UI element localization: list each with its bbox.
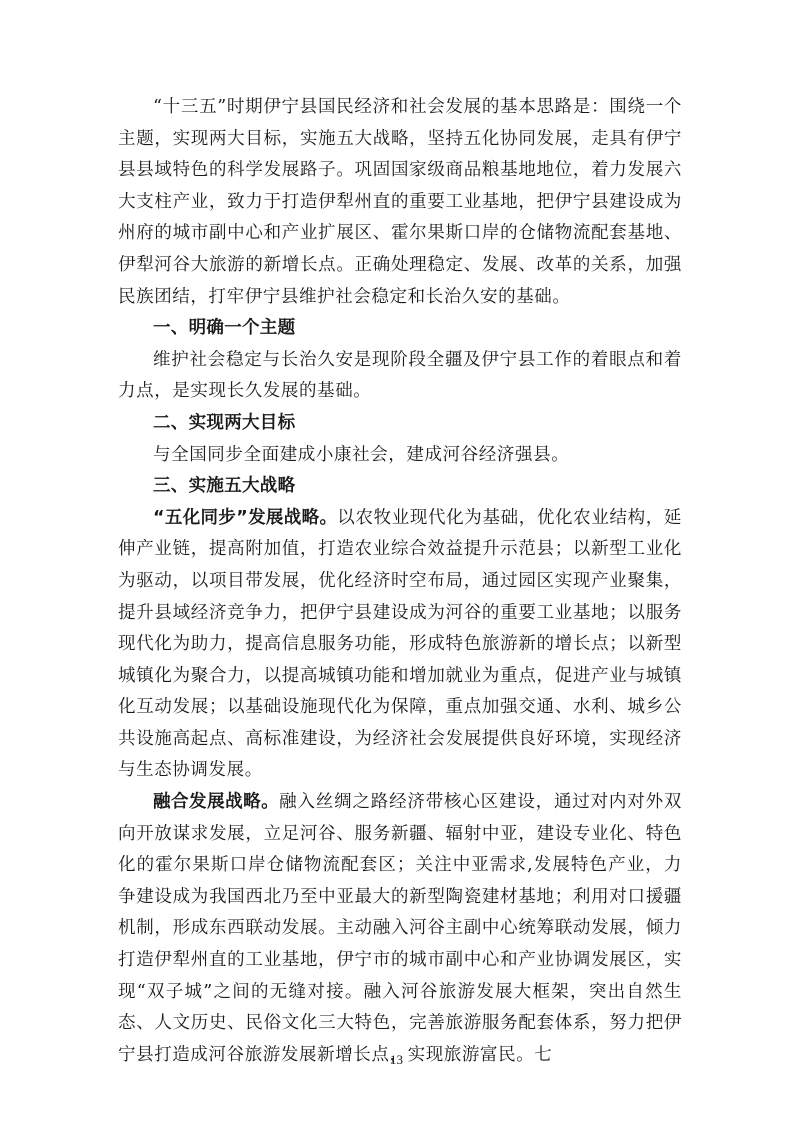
integration-strategy-text: 融入丝绸之路经济带核心区建设，通过对内对外双向开放谋求发展，立足河谷、服务新疆、… xyxy=(118,792,682,1065)
integration-strategy-lead: 融合发展战略。 xyxy=(153,792,279,812)
section-1-paragraph: 维护社会稳定与长治久安是现阶段全疆及伊宁县工作的着眼点和着力点，是实现长久发展的… xyxy=(118,345,682,408)
five-sync-strategy-text: 以农牧业现代化为基础，优化农业结构，延伸产业链，提高附加值，打造农业综合效益提升… xyxy=(118,508,682,781)
section-heading-2: 二、实现两大目标 xyxy=(118,408,682,440)
five-sync-strategy-lead: “五化同步”发展战略。 xyxy=(153,508,337,528)
integration-strategy-paragraph: 融合发展战略。融入丝绸之路经济带核心区建设，通过对内对外双向开放谋求发展，立足河… xyxy=(118,787,682,1071)
section-heading-3: 三、实施五大战略 xyxy=(118,471,682,503)
section-2-paragraph: 与全国同步全面建成小康社会，建成河谷经济强县。 xyxy=(118,440,682,472)
five-sync-strategy-paragraph: “五化同步”发展战略。以农牧业现代化为基础，优化农业结构，延伸产业链，提高附加值… xyxy=(118,503,682,787)
section-heading-1: 一、明确一个主题 xyxy=(118,313,682,345)
intro-paragraph: “十三五”时期伊宁县国民经济和社会发展的基本思路是：围绕一个主题，实现两大目标，… xyxy=(118,92,682,313)
page-number: 13 xyxy=(0,1052,793,1068)
document-page: “十三五”时期伊宁县国民经济和社会发展的基本思路是：围绕一个主题，实现两大目标，… xyxy=(118,92,682,1071)
